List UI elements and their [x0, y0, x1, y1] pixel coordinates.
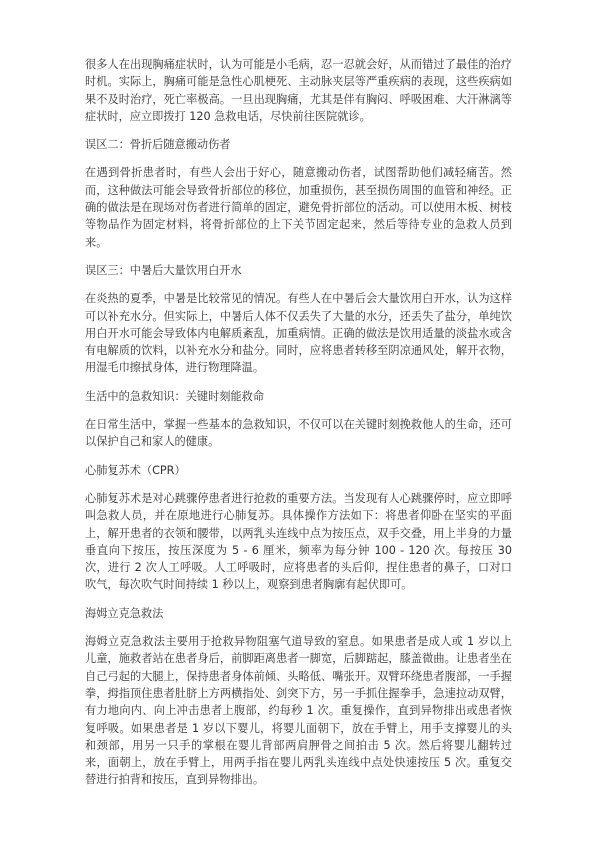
paragraph: 在日常生活中，掌握一些基本的急救知识，不仅可以在关键时刻挽救他人的生命，还可以保…: [85, 416, 512, 451]
section-heading: 生活中的急救知识：关键时刻能救命: [85, 388, 512, 405]
paragraph: 海姆立克急救法主要用于抢救异物阻塞气道导致的窒息。如果患者是成人或 1 岁以上儿…: [85, 633, 512, 789]
paragraph: 很多人在出现胸痛症状时，认为可能是小毛病，忍一忍就会好，从而错过了最佳的治疗时机…: [85, 56, 512, 125]
section-heading: 心肺复苏术（CPR）: [85, 462, 512, 479]
document-page: 很多人在出现胸痛症状时，认为可能是小毛病，忍一忍就会好，从而错过了最佳的治疗时机…: [0, 0, 595, 841]
document-content: 很多人在出现胸痛症状时，认为可能是小毛病，忍一忍就会好，从而错过了最佳的治疗时机…: [85, 56, 512, 789]
paragraph: 在炎热的夏季，中暑是比较常见的情况。有些人在中暑后会大量饮用白开水，认为这样可以…: [85, 290, 512, 376]
section-heading: 误区二：骨折后随意搬动伤者: [85, 136, 512, 153]
section-heading: 误区三：中暑后大量饮用白开水: [85, 262, 512, 279]
paragraph: 在遇到骨折患者时，有些人会出于好心，随意搬动伤者，试图帮助他们减轻痛苦。然而，这…: [85, 164, 512, 250]
section-heading: 海姆立克急救法: [85, 605, 512, 622]
paragraph: 心肺复苏术是对心跳骤停患者进行抢救的重要方法。当发现有人心跳骤停时，应立即呼叫急…: [85, 490, 512, 594]
